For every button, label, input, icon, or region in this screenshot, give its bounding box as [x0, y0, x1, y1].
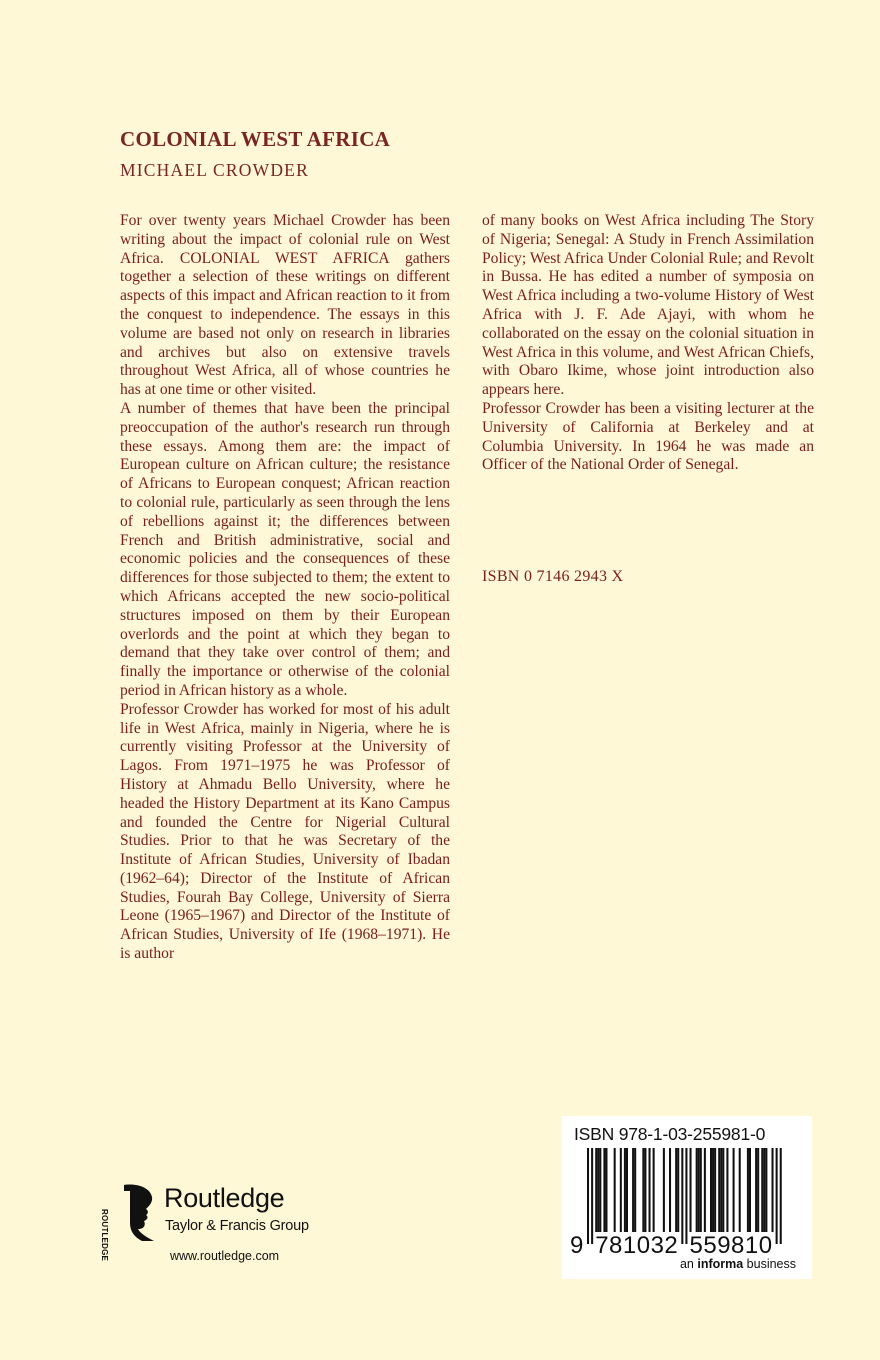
barcode-box: ISBN 978-1-03-255981-0 9781032559810 an … [562, 1116, 812, 1279]
book-author: MICHAEL CROWDER [120, 160, 309, 181]
routledge-r-profile-icon [122, 1183, 156, 1243]
svg-text:559810: 559810 [690, 1232, 773, 1259]
author-bio-paragraph: of many books on West Africa including T… [482, 212, 814, 400]
publisher-group: Taylor & Francis Group [165, 1218, 309, 1234]
blurb-paragraph: A number of themes that have been the pr… [120, 400, 450, 701]
informa-tagline: an informa business [680, 1257, 796, 1271]
publisher-vertical-mark: ROUTLEDGE [100, 1209, 109, 1261]
svg-text:9: 9 [570, 1232, 584, 1259]
publisher-name: Routledge [164, 1183, 284, 1214]
barcode-icon: 9781032559810 [562, 1116, 812, 1279]
blurb-left-column: For over twenty years Michael Crowder ha… [120, 212, 450, 964]
book-title: COLONIAL WEST AFRICA [120, 127, 390, 152]
original-isbn: ISBN 0 7146 2943 X [482, 568, 623, 586]
publisher-url: www.routledge.com [170, 1249, 279, 1263]
author-bio-paragraph: Professor Crowder has been a visiting le… [482, 400, 814, 475]
blurb-paragraph: For over twenty years Michael Crowder ha… [120, 212, 450, 400]
svg-text:781032: 781032 [595, 1232, 678, 1259]
author-bio-paragraph: Professor Crowder has worked for most of… [120, 701, 450, 964]
blurb-right-column: of many books on West Africa including T… [482, 212, 814, 475]
publisher-logo: ROUTLEDGE Routledge Taylor & Francis Gro… [112, 1183, 332, 1273]
